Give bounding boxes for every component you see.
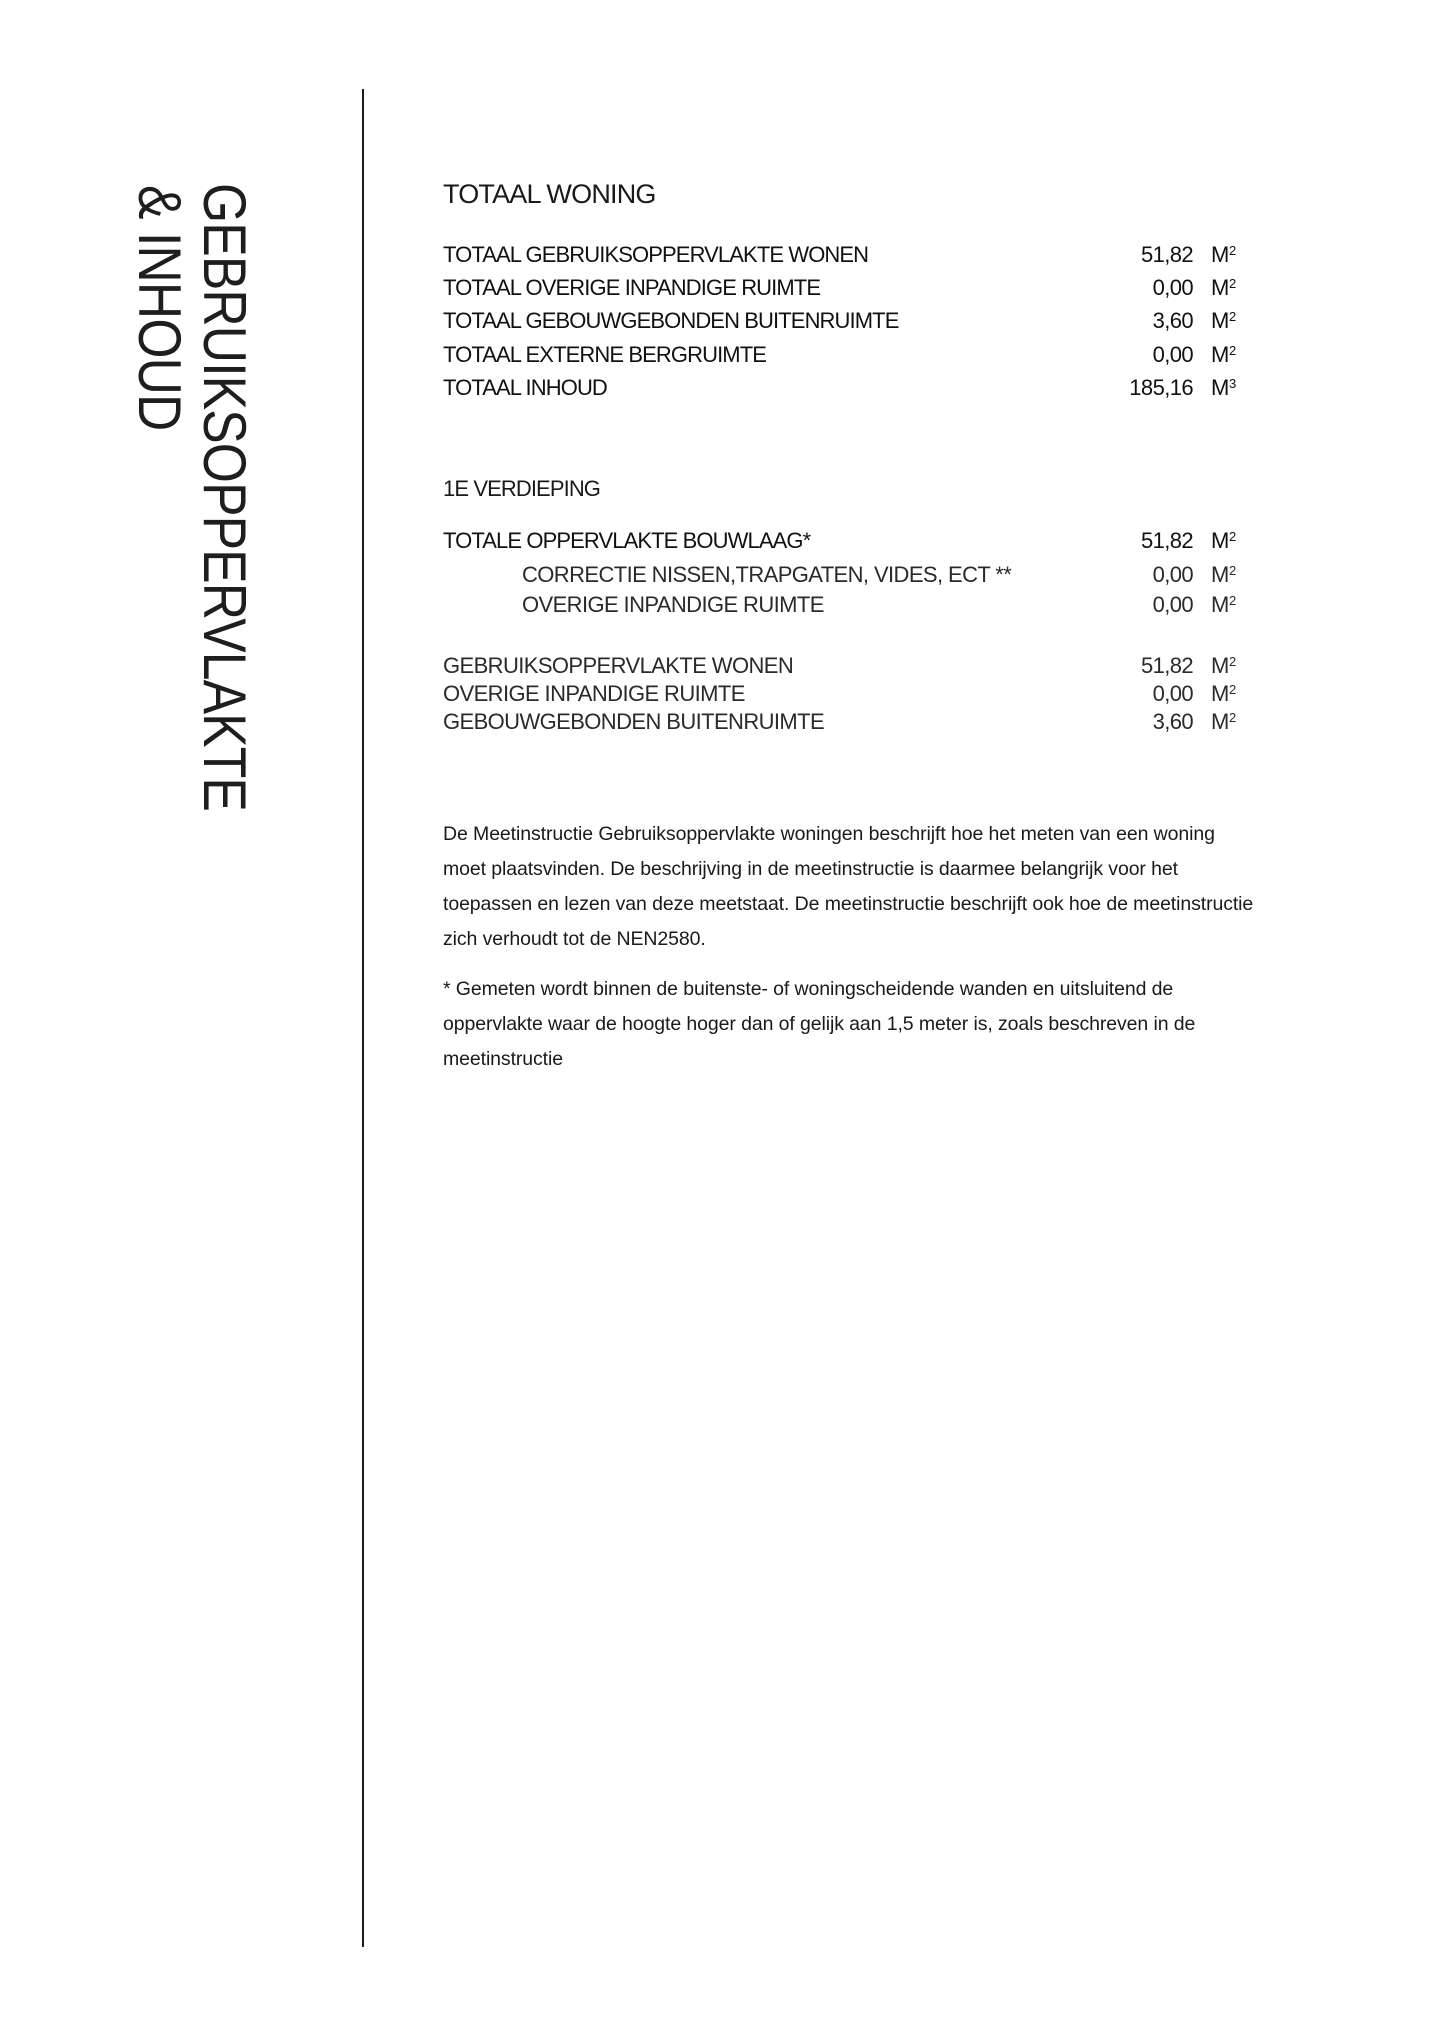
row-unit: M2 <box>1211 652 1236 683</box>
row-unit: M3 <box>1211 374 1236 405</box>
row-label: TOTAAL INHOUD <box>443 374 607 402</box>
row-unit: M2 <box>1211 274 1236 305</box>
paragraph-line: toepassen en lezen van deze meetstaat. D… <box>443 887 1253 922</box>
verdieping-heading: 1E VERDIEPING <box>443 476 600 502</box>
row-label: OVERIGE INPANDIGE RUIMTE <box>443 680 745 708</box>
section-title-text-2: & INHOUD <box>129 185 189 430</box>
row-label: GEBRUIKSOPPERVLAKTE WONEN <box>443 652 793 680</box>
section-title-line-2: & INHOUD <box>129 185 189 470</box>
totaal-row: TOTAAL OVERIGE INPANDIGE RUIMTE 0,00 M2 <box>443 274 1243 302</box>
footnote-paragraph: * Gemeten wordt binnen de buitenste- of … <box>443 972 1195 1077</box>
section-title-line-1: GEBRUIKSOPPERVLAKTE <box>194 183 254 913</box>
row-label: TOTAAL GEBRUIKSOPPERVLAKTE WONEN <box>443 241 868 269</box>
row-unit: M2 <box>1211 591 1236 622</box>
paragraph-line: De Meetinstructie Gebruiksoppervlakte wo… <box>443 817 1253 852</box>
correction-row: OVERIGE INPANDIGE RUIMTE 0,00 M2 <box>443 591 1243 619</box>
paragraph-line: oppervlakte waar de hoogte hoger dan of … <box>443 1007 1195 1042</box>
row-unit: M2 <box>1211 241 1236 272</box>
row-unit: M2 <box>1211 680 1236 711</box>
paragraph-line: * Gemeten wordt binnen de buitenste- of … <box>443 972 1195 1007</box>
row-unit: M2 <box>1211 561 1236 592</box>
row-value: 0,00 <box>1053 274 1193 302</box>
totaal-row: TOTAAL INHOUD 185,16 M3 <box>443 374 1243 402</box>
vertical-divider <box>362 89 364 1947</box>
bouwlaag-total-row: TOTALE OPPERVLAKTE BOUWLAAG* 51,82 M2 <box>443 527 1243 555</box>
row-value: 0,00 <box>1053 591 1193 619</box>
row-value: 3,60 <box>1053 708 1193 736</box>
verdieping-row: GEBRUIKSOPPERVLAKTE WONEN 51,82 M2 <box>443 652 1243 680</box>
row-unit: M2 <box>1211 307 1236 338</box>
row-label: CORRECTIE NISSEN,TRAPGATEN, VIDES, ECT *… <box>522 561 1011 589</box>
section-title-text-1: GEBRUIKSOPPERVLAKTE <box>194 183 254 811</box>
row-label: TOTAAL OVERIGE INPANDIGE RUIMTE <box>443 274 820 302</box>
row-label: TOTALE OPPERVLAKTE BOUWLAAG* <box>443 527 810 555</box>
row-value: 51,82 <box>1053 527 1193 555</box>
row-value: 51,82 <box>1053 241 1193 269</box>
row-label: TOTAAL EXTERNE BERGRUIMTE <box>443 341 766 369</box>
row-unit: M2 <box>1211 708 1236 739</box>
totaal-row: TOTAAL GEBOUWGEBONDEN BUITENRUIMTE 3,60 … <box>443 307 1243 335</box>
row-label: TOTAAL GEBOUWGEBONDEN BUITENRUIMTE <box>443 307 898 335</box>
paragraph-line: meetinstructie <box>443 1042 1195 1077</box>
paragraph-line: moet plaatsvinden. De beschrijving in de… <box>443 852 1253 887</box>
totaal-row: TOTAAL GEBRUIKSOPPERVLAKTE WONEN 51,82 M… <box>443 241 1243 269</box>
row-value: 3,60 <box>1053 307 1193 335</box>
paragraph-line: zich verhoudt tot de NEN2580. <box>443 922 1253 957</box>
verdieping-row: GEBOUWGEBONDEN BUITENRUIMTE 3,60 M2 <box>443 708 1243 736</box>
row-value: 0,00 <box>1053 561 1193 589</box>
row-value: 185,16 <box>1053 374 1193 402</box>
meetinstructie-paragraph: De Meetinstructie Gebruiksoppervlakte wo… <box>443 817 1253 957</box>
verdieping-row: OVERIGE INPANDIGE RUIMTE 0,00 M2 <box>443 680 1243 708</box>
totaal-woning-heading: TOTAAL WONING <box>443 178 656 210</box>
totaal-row: TOTAAL EXTERNE BERGRUIMTE 0,00 M2 <box>443 341 1243 369</box>
row-value: 0,00 <box>1053 341 1193 369</box>
row-label: OVERIGE INPANDIGE RUIMTE <box>522 591 824 619</box>
row-label: GEBOUWGEBONDEN BUITENRUIMTE <box>443 708 824 736</box>
row-unit: M2 <box>1211 527 1236 558</box>
row-unit: M2 <box>1211 341 1236 372</box>
row-value: 0,00 <box>1053 680 1193 708</box>
row-value: 51,82 <box>1053 652 1193 680</box>
correction-row: CORRECTIE NISSEN,TRAPGATEN, VIDES, ECT *… <box>443 561 1243 589</box>
